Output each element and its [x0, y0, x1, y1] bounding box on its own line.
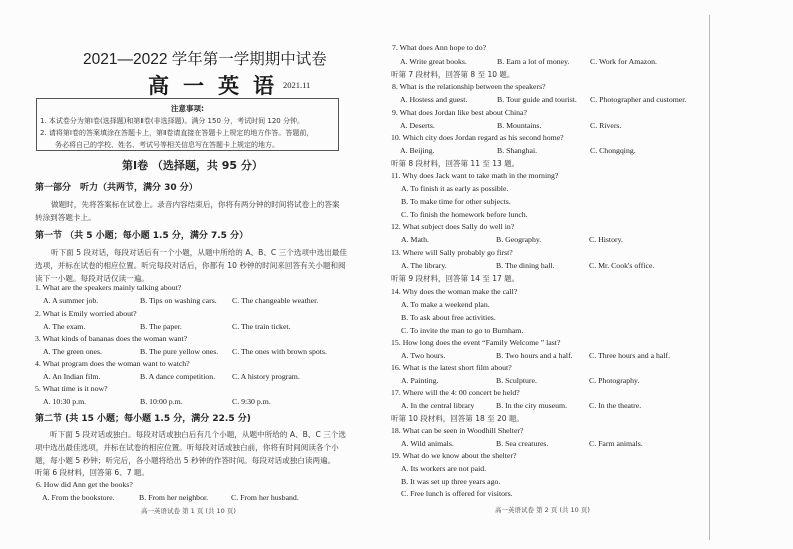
q5-option-b: B. 10:00 p.m. — [140, 397, 183, 406]
q9-option-c: C. Rivers. — [590, 121, 621, 130]
question-15: 15. How long does the event “Family Welc… — [391, 338, 560, 347]
q11-option-a: A. To finish it as early as possible. — [401, 184, 508, 193]
q1-option-c: C. The changeable weather. — [232, 296, 318, 305]
question-4: 4. What program does the woman want to w… — [35, 359, 190, 368]
q16-option-c: C. Photography. — [589, 376, 639, 385]
q8-option-c: C. Photographer and customer. — [590, 95, 686, 104]
question-9: 9. What does Jordan like best about Chin… — [392, 108, 527, 117]
q11-option-c: C. To finish the homework before lunch. — [401, 210, 528, 219]
instruction-material-10: 听第 10 段材料，回答第 18 至 20 题。 — [391, 413, 524, 424]
q3-option-c: C. The ones with brown spots. — [232, 347, 327, 356]
part1-intro-line2: 转涂到答题卡上。 — [35, 211, 96, 224]
part1-intro-line1: 做题时，先将答案标在试卷上。录音内容结束后，你将有两分钟的时间将试卷上的答案 — [51, 198, 340, 211]
q5-option-c: C. 9:30 p.m. — [232, 397, 271, 406]
q16-option-b: B. Sculpture. — [496, 376, 537, 385]
part1-title: 第一部分 听力（共两节，满分 30 分） — [35, 180, 198, 193]
volume-title: 第Ⅰ卷 （选择题，共 95 分） — [122, 157, 263, 173]
question-7: 7. What does Ann hope to do? — [392, 43, 486, 52]
q4-option-c: C. A history program. — [232, 372, 300, 381]
q12-option-a: A. Math. — [401, 235, 429, 244]
q1-option-a: A. A summer job. — [43, 296, 98, 305]
instruction-material-7: 听第 7 段材料，回答第 8 至 10 题。 — [391, 69, 514, 80]
q8-option-a: A. Hostess and guest. — [400, 95, 467, 104]
question-2: 2. What is Emily worried about? — [35, 309, 137, 318]
q17-option-b: B. In the city museum. — [496, 401, 567, 410]
question-18: 18. What can be seen in Woodhill Shelter… — [391, 426, 523, 435]
q16-option-a: A. Painting. — [401, 376, 438, 385]
q9-option-b: B. Mountains. — [497, 121, 541, 130]
q18-option-b: B. Sea creatures. — [496, 439, 548, 448]
notice-item-3: 务必将自己的学校、姓名、考试号等相关信息写在答题卡上规定的地方。 — [55, 140, 279, 150]
question-6: 6. How did Ann get the books? — [36, 480, 133, 489]
q8-option-b: B. Tour guide and tourist. — [497, 95, 577, 104]
page-footer-2: 高一英语试卷 第 2 页 (共 10 页) — [495, 505, 590, 514]
q19-option-c: C. Free lunch is offered for visitors. — [401, 489, 513, 498]
q14-option-c: C. To invite the man to go to Burnham. — [401, 326, 523, 335]
q12-option-c: C. History. — [589, 235, 623, 244]
q4-option-a: A. An Indian film. — [43, 372, 100, 381]
instruction-material-8: 听第 8 段材料，回答第 11 至 13 题。 — [391, 158, 519, 169]
q14-option-b: B. To ask about free activities. — [401, 313, 496, 322]
q13-option-a: A. The library. — [401, 261, 447, 270]
q10-option-c: C. Chongqing. — [590, 146, 636, 155]
subject-title: 高一英语 — [148, 70, 288, 100]
notice-item-2: 2. 请将第Ⅰ卷的答案填涂在答题卡上，第Ⅱ卷请直接在答题卡上规定的地方作答。答题… — [40, 128, 313, 138]
q7-option-b: B. Earn a lot of money. — [497, 57, 569, 66]
q14-option-a: A. To make a weekend plan. — [401, 300, 490, 309]
question-17: 17. Where will the 4: 00 concert be held… — [391, 388, 520, 397]
q18-option-a: A. Wild animals. — [401, 439, 454, 448]
question-12: 12. What subject does Sally do well in? — [391, 222, 514, 231]
q3-option-a: A. The green ones. — [43, 347, 102, 356]
q15-option-b: B. Two hours and a half. — [496, 351, 573, 360]
q10-option-a: A. Beijing. — [400, 146, 434, 155]
section2-intro-line1: 听下面 5 段对话或独白。每段对话或独白后有几个小题，从题中所给的 A、B、C … — [50, 428, 346, 441]
question-19: 19. What do we know about the shelter? — [391, 451, 516, 460]
q6-option-b: B. From her neighbor. — [139, 493, 208, 502]
notice-item-1: 1. 本试卷分为第Ⅰ卷(选择题)和第Ⅱ卷(非选择题)。满分 150 分，考试时间… — [40, 116, 304, 126]
notice-title: 注意事项: — [37, 103, 338, 114]
page-footer-1: 高一英语试卷 第 1 页 (共 10 页) — [141, 506, 236, 515]
q6-option-c: C. From her husband. — [231, 493, 299, 502]
q11-option-b: B. To make time for other subjects. — [401, 197, 511, 206]
question-16: 16. What is the latest short film about? — [391, 363, 512, 372]
q5-option-a: A. 10:30 p.m. — [43, 397, 86, 406]
q2-option-b: B. The paper. — [140, 322, 182, 331]
q2-option-c: C. The train ticket. — [232, 322, 291, 331]
q17-option-a: A. In the central library — [401, 401, 474, 410]
exam-date: 2021.11 — [283, 80, 310, 90]
q3-option-b: B. The pure yellow ones. — [140, 347, 218, 356]
q13-option-c: C. Mr. Cook's office. — [589, 261, 654, 270]
page-edge-divider — [709, 15, 710, 540]
exam-title: 2021—2022 学年第一学期期中试卷 — [83, 47, 327, 69]
q7-option-c: C. Work for Amazon. — [590, 57, 657, 66]
q2-option-a: A. The exam. — [43, 322, 85, 331]
q13-option-b: B. The dining hall. — [496, 261, 555, 270]
section2-intro-line2: 项中选出最佳选项，并标在试卷的相应位置。听每段对话或独白前，你将有时间阅读各个小 — [35, 441, 339, 454]
q12-option-b: B. Geography. — [496, 235, 541, 244]
question-14: 14. Why does the woman make the call? — [391, 287, 517, 296]
q9-option-a: A. Deserts. — [400, 121, 435, 130]
question-5: 5. What time is it now? — [35, 384, 108, 393]
notice-box: 注意事项: 1. 本试卷分为第Ⅰ卷(选择题)和第Ⅱ卷(非选择题)。满分 150 … — [36, 98, 339, 151]
question-1: 1. What are the speakers mainly talking … — [35, 283, 181, 292]
q19-option-a: A. Its workers are not paid. — [401, 464, 486, 473]
instruction-material-6: 听第 6 段材料，回答第 6、7 题。 — [35, 467, 149, 478]
section2-intro-line3: 题，每小题 5 秒钟；听完后，各小题将给出 5 秒钟的作答时间。每段对话或独白读… — [35, 454, 335, 467]
q19-option-b: B. It was set up three years ago. — [401, 477, 500, 486]
section1-intro-line1: 听下面 5 段对话，每段对话后有一个小题，从题中所给的 A、B、C 三个选项中选… — [51, 246, 347, 259]
q17-option-c: C. In the theatre. — [589, 401, 641, 410]
q6-option-a: A. From the bookstore. — [42, 493, 115, 502]
section2-title: 第二节 (共 15 小题；每小题 1.5 分，满分 22.5 分) — [35, 411, 251, 424]
q10-option-b: B. Shanghai. — [497, 146, 537, 155]
q1-option-b: B. Tips on washing cars. — [140, 296, 217, 305]
question-10: 10. Which city does Jordan regard as his… — [391, 133, 564, 142]
instruction-material-9: 听第 9 段材料，回答第 14 至 17 题。 — [391, 273, 519, 284]
q15-option-a: A. Two hours. — [401, 351, 445, 360]
question-8: 8. What is the relationship between the … — [392, 82, 546, 91]
question-13: 13. Where will Sally probably go first? — [391, 248, 513, 257]
q15-option-c: C. Three hours and a half. — [589, 351, 670, 360]
q4-option-b: B. A dance competition. — [140, 372, 215, 381]
q18-option-c: C. Farm animals. — [589, 439, 643, 448]
section1-intro-line2: 选项，并标在试卷的相应位置。听完每段对话后，你都有 10 秒钟的时间来回答有关小… — [35, 259, 346, 272]
section1-title: 第一节 （共 5 小题；每小题 1.5 分，满分 7.5 分） — [35, 228, 248, 241]
question-11: 11. Why does Jack want to take math in t… — [391, 171, 558, 180]
question-3: 3. What kinds of bananas does the woman … — [35, 334, 187, 343]
q7-option-a: A. Write great books. — [400, 57, 467, 66]
